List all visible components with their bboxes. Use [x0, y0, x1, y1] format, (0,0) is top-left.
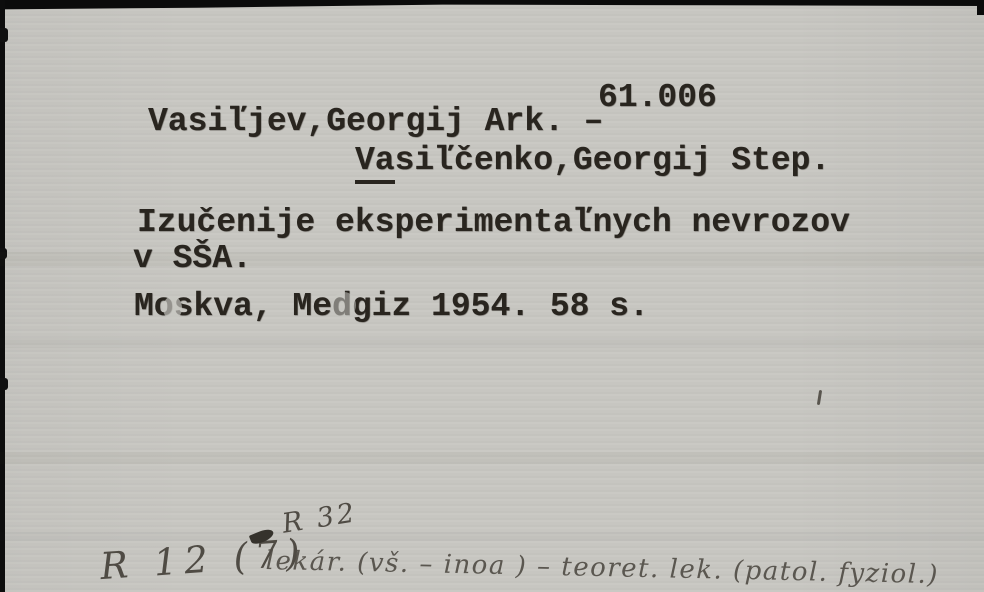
paper-shade-band — [0, 452, 984, 464]
scan-edge-top-right — [977, 0, 984, 15]
catalog-number: 61.006 — [598, 81, 717, 114]
title-line-1: Izučenije eksperimentaľnych nevrozov — [137, 206, 850, 239]
scan-edge-notch — [0, 248, 7, 259]
scan-edge-notch — [0, 28, 8, 42]
title-line-2: v SŠA. — [133, 242, 252, 275]
catalog-card-scan: 61.006 Vasiľjev,Georgij Ark. – Vasiľčenk… — [0, 0, 984, 592]
paper-shade-band — [0, 338, 984, 348]
scan-edge-notch — [0, 378, 8, 390]
cross-reference-underlined-prefix: Va — [355, 142, 395, 184]
stray-pen-mark — [817, 390, 822, 405]
scan-edge-top — [0, 0, 984, 11]
handwritten-shelfmark-new: R 32 — [280, 497, 359, 539]
paper-shade-band — [0, 532, 984, 541]
cross-reference-line: Vasiľčenko,Georgij Step. — [355, 144, 830, 177]
scan-edge-left — [0, 0, 5, 592]
imprint-line: Moskva, Medgiz 1954. 58 s. — [134, 290, 649, 323]
cross-reference-rest: siľčenko,Georgij Step. — [395, 142, 831, 179]
handwritten-classification-note: lekár. (vš. – inoa ) – teoret. lek. (pat… — [265, 546, 939, 590]
author-name-line: Vasiľjev,Georgij Ark. – — [148, 105, 603, 138]
